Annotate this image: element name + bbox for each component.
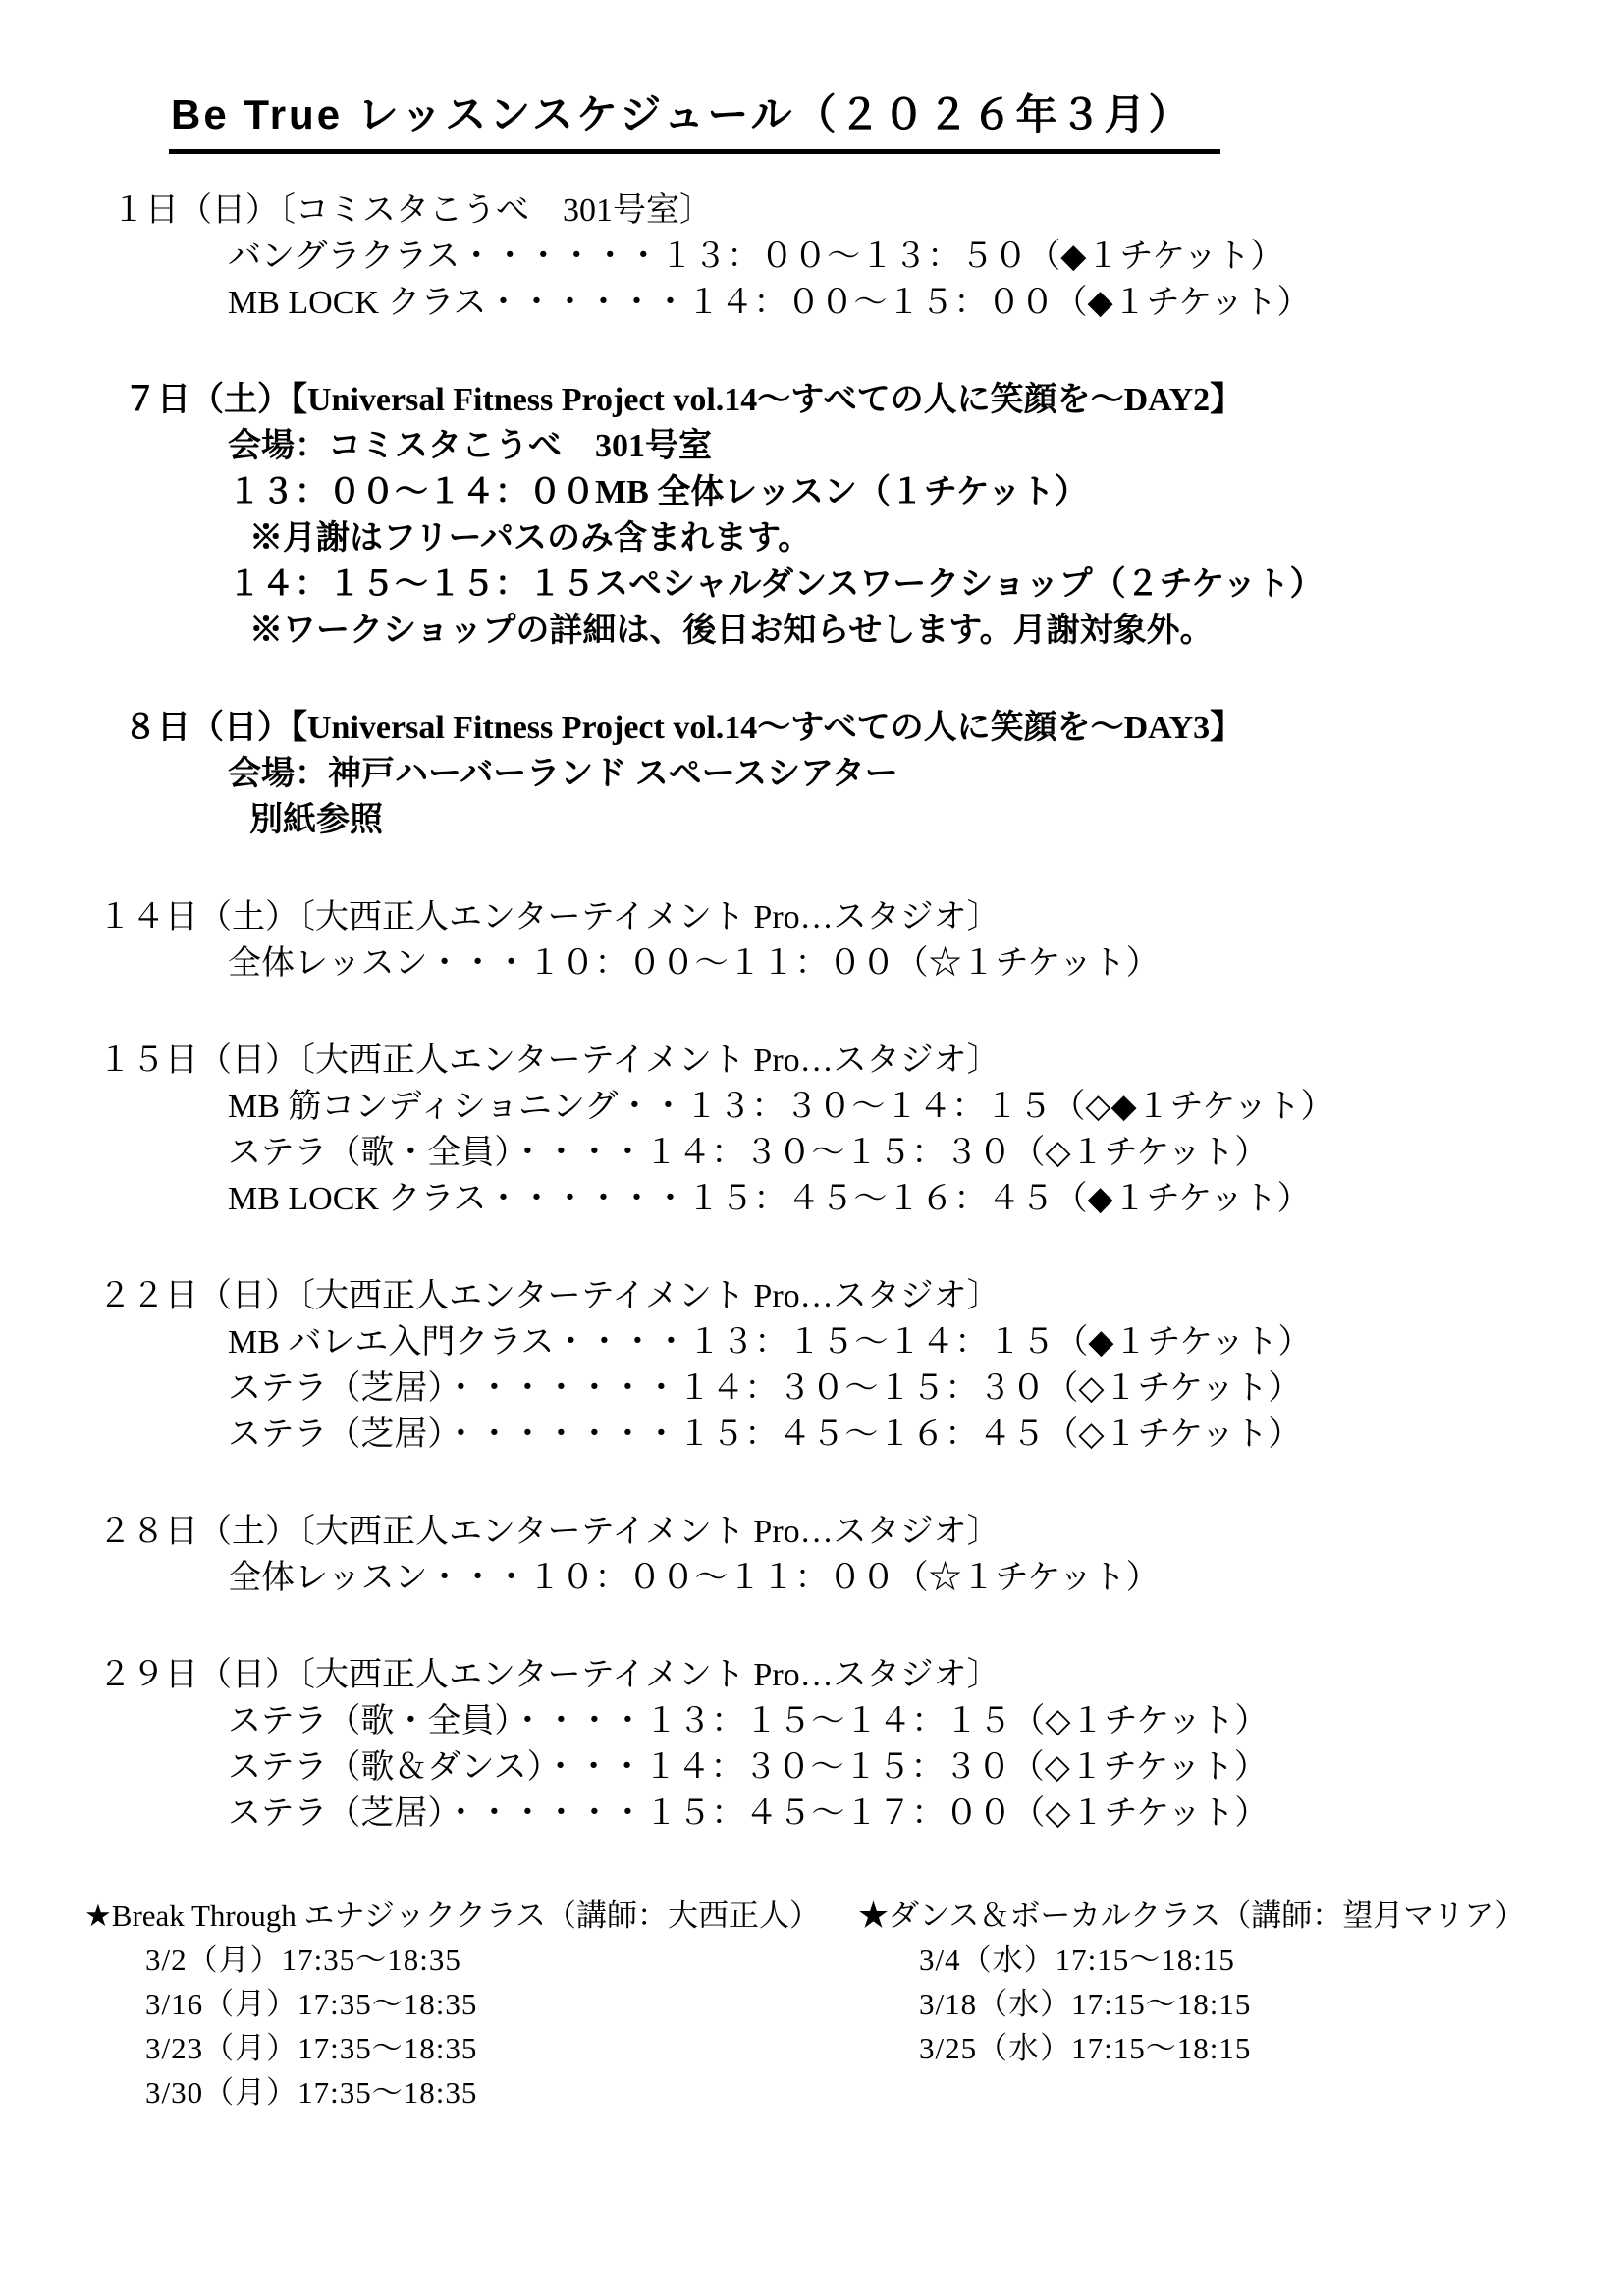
note-line: ※月謝はフリーパスのみ含まれます。 — [249, 515, 1569, 561]
lesson-line: １３：００～１４：００MB 全体レッスン（１チケット） — [228, 469, 1569, 515]
section-day-8: ８日（日）【Universal Fitness Project vol.14～す… — [98, 705, 1569, 843]
break-through-class-column: ★Break Through エナジッククラス（講師：大西正人） 3/2（月）1… — [84, 1894, 858, 2114]
lesson-line: 全体レッスン・・・１０：００～１１：００（☆１チケット） — [228, 1555, 1569, 1601]
break-through-class-header: ★Break Through エナジッククラス（講師：大西正人） — [84, 1894, 858, 1938]
class-date: 3/25（水）17:15～18:15 — [919, 2026, 1569, 2070]
section-day-15: １５日（日）〔大西正人エンターテイメント Pro…スタジオ〕 MB 筋コンディシ… — [98, 1038, 1569, 1222]
lesson-line: 全体レッスン・・・１０：００～１１：００（☆１チケット） — [228, 940, 1569, 987]
lesson-line: MB LOCK クラス・・・・・・１５：４５～１６：４５（◆１チケット） — [228, 1176, 1569, 1222]
dance-vocal-class-header: ★ダンス＆ボーカルクラス（講師：望月マリア） — [858, 1894, 1569, 1938]
lesson-line: ステラ（歌・全員）・・・・１４：３０～１５：３０（◇１チケット） — [228, 1130, 1569, 1176]
lesson-line: ステラ（歌＆ダンス）・・・１４：３０～１５：３０（◇１チケット） — [228, 1744, 1569, 1790]
schedule-document: Be True レッスンスケジュール（２０２６年３月） １日（日）〔コミスタこう… — [0, 0, 1624, 2296]
section-day-1: １日（日）〔コミスタこうべ 301号室〕 バングラクラス・・・・・・１３：００～… — [98, 187, 1569, 326]
note-line: 別紙参照 — [249, 797, 1569, 843]
note-line: ※ワークショップの詳細は、後日お知らせします。月謝対象外。 — [249, 608, 1569, 654]
lesson-line: １４：１５～１５：１５スペシャルダンスワークショップ（２チケット） — [228, 561, 1569, 608]
day-22-header: ２２日（日）〔大西正人エンターテイメント Pro…スタジオ〕 — [98, 1273, 1569, 1319]
day-8-header: ８日（日）【Universal Fitness Project vol.14～す… — [98, 705, 1569, 751]
lesson-line: バングラクラス・・・・・・１３：００～１３：５０（◆１チケット） — [228, 234, 1569, 280]
class-date: 3/16（月）17:35～18:35 — [145, 1982, 858, 2026]
class-date: 3/4（水）17:15～18:15 — [919, 1938, 1569, 1982]
day-14-header: １４日（土）〔大西正人エンターテイメント Pro…スタジオ〕 — [98, 894, 1569, 940]
day-28-header: ２８日（土）〔大西正人エンターテイメント Pro…スタジオ〕 — [98, 1509, 1569, 1555]
dance-vocal-class-column: ★ダンス＆ボーカルクラス（講師：望月マリア） 3/4（水）17:15～18:15… — [858, 1894, 1569, 2114]
page-title: Be True レッスンスケジュール（２０２６年３月） — [169, 82, 1220, 154]
day-7-header: ７日（土）【Universal Fitness Project vol.14～す… — [98, 377, 1569, 423]
section-day-14: １４日（土）〔大西正人エンターテイメント Pro…スタジオ〕 全体レッスン・・・… — [98, 894, 1569, 987]
venue-line: 会場：コミスタこうべ 301号室 — [228, 423, 1569, 469]
lesson-line: MB バレエ入門クラス・・・・１３：１５～１４：１５（◆１チケット） — [228, 1319, 1569, 1365]
class-date: 3/23（月）17:35～18:35 — [145, 2026, 858, 2070]
lesson-line: ステラ（芝居）・・・・・・・１４：３０～１５：３０（◇１チケット） — [228, 1365, 1569, 1412]
lesson-line: MB 筋コンディショニング・・１３：３０～１４：１５（◇◆１チケット） — [228, 1084, 1569, 1130]
lesson-line: ステラ（芝居）・・・・・・・１５：４５～１６：４５（◇１チケット） — [228, 1412, 1569, 1458]
section-day-29: ２９日（日）〔大西正人エンターテイメント Pro…スタジオ〕 ステラ（歌・全員）… — [98, 1652, 1569, 1837]
class-date: 3/30（月）17:35～18:35 — [145, 2070, 858, 2114]
lesson-line: MB LOCK クラス・・・・・・１４：００～１５：００（◆１チケット） — [228, 280, 1569, 326]
venue-line: 会場：神戸ハーバーランド スペースシアター — [228, 751, 1569, 797]
day-15-header: １５日（日）〔大西正人エンターテイメント Pro…スタジオ〕 — [98, 1038, 1569, 1084]
lesson-line: ステラ（芝居）・・・・・・１５：４５～１７：００（◇１チケット） — [228, 1790, 1569, 1837]
section-day-7: ７日（土）【Universal Fitness Project vol.14～す… — [98, 377, 1569, 654]
class-date: 3/18（水）17:15～18:15 — [919, 1982, 1569, 2026]
section-day-28: ２８日（土）〔大西正人エンターテイメント Pro…スタジオ〕 全体レッスン・・・… — [98, 1509, 1569, 1601]
weekly-classes-section: ★Break Through エナジッククラス（講師：大西正人） 3/2（月）1… — [98, 1894, 1569, 2114]
class-date: 3/2（月）17:35～18:35 — [145, 1938, 858, 1982]
section-day-22: ２２日（日）〔大西正人エンターテイメント Pro…スタジオ〕 MB バレエ入門ク… — [98, 1273, 1569, 1458]
day-29-header: ２９日（日）〔大西正人エンターテイメント Pro…スタジオ〕 — [98, 1652, 1569, 1698]
lesson-line: ステラ（歌・全員）・・・・１３：１５～１４：１５（◇１チケット） — [228, 1698, 1569, 1744]
day-1-header: １日（日）〔コミスタこうべ 301号室〕 — [98, 187, 1569, 234]
